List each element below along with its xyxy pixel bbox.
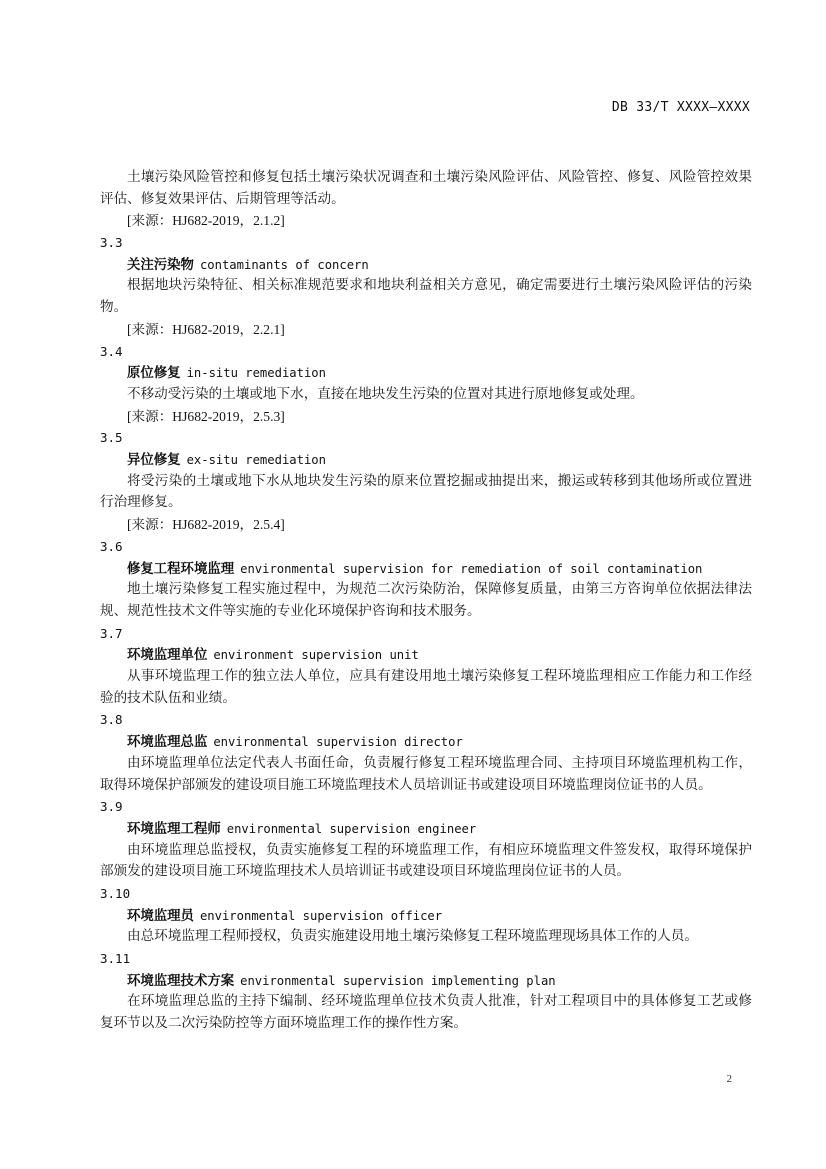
document-page: DB 33/T XXXX—XXXX 土壤污染风险管控和修复包括土壤污染状况调查和… — [0, 0, 826, 1169]
term-heading: 环境监理总监environmental supervision director — [100, 731, 752, 753]
term-heading: 修复工程环境监理environmental supervision for re… — [100, 558, 752, 580]
clause-number: 3.4 — [100, 341, 752, 363]
term-zh: 环境监理技术方案 — [127, 974, 234, 989]
term-en: ex-situ remediation — [187, 453, 326, 467]
term-en: contaminants of concern — [200, 258, 369, 272]
term-heading: 关注污染物contaminants of concern — [100, 254, 752, 276]
term-zh: 环境监理单位 — [127, 648, 207, 663]
term-en: environmental supervision officer — [200, 909, 442, 923]
clause-number: 3.9 — [100, 796, 752, 818]
term-entry: 3.9 环境监理工程师environmental supervision eng… — [100, 796, 752, 883]
clause-number: 3.8 — [100, 709, 752, 731]
definition: 由环境监理总监授权，负责实施修复工程的环境监理工作，有相应环境监理文件签发权，取… — [100, 840, 752, 883]
definition: 地土壤污染修复工程实施过程中，为规范二次污染防治，保障修复质量，由第三方咨询单位… — [100, 579, 752, 622]
document-body: 土壤污染风险管控和修复包括土壤污染状况调查和土壤污染风险评估、风险管控、修复、风… — [100, 167, 752, 1035]
standard-code: DB 33/T XXXX—XXXX — [612, 100, 750, 115]
term-entry: 3.3 关注污染物contaminants of concern 根据地块污染特… — [100, 232, 752, 340]
term-en: environment supervision unit — [213, 648, 418, 662]
clause-number: 3.11 — [100, 948, 752, 970]
term-heading: 异位修复ex-situ remediation — [100, 449, 752, 471]
term-zh: 异位修复 — [127, 453, 181, 468]
definition: 从事环境监理工作的独立法人单位，应具有建设用地土壤污染修复工程环境监理相应工作能… — [100, 666, 752, 709]
source-citation: [来源：HJ682-2019，2.5.4] — [100, 514, 752, 536]
term-entry: 3.8 环境监理总监environmental supervision dire… — [100, 709, 752, 796]
term-heading: 环境监理员environmental supervision officer — [100, 905, 752, 927]
definition: 根据地块污染特征、相关标准规范要求和地块利益相关方意见，确定需要进行土壤污染风险… — [100, 275, 752, 318]
term-en: in-situ remediation — [187, 366, 326, 380]
term-entry: 3.11 环境监理技术方案environmental supervision i… — [100, 948, 752, 1035]
clause-number: 3.6 — [100, 536, 752, 558]
term-heading: 环境监理单位environment supervision unit — [100, 644, 752, 666]
term-zh: 环境监理总监 — [127, 735, 207, 750]
term-zh: 修复工程环境监理 — [127, 562, 234, 577]
term-en: environmental supervision for remediatio… — [240, 562, 702, 576]
intro-source: [来源：HJ682-2019，2.1.2] — [100, 210, 752, 232]
clause-number: 3.3 — [100, 232, 752, 254]
source-citation: [来源：HJ682-2019，2.5.3] — [100, 406, 752, 428]
definition: 不移动受污染的土壤或地下水，直接在地块发生污染的位置对其进行原地修复或处理。 — [100, 384, 752, 406]
clause-number: 3.7 — [100, 623, 752, 645]
term-heading: 环境监理工程师environmental supervision enginee… — [100, 818, 752, 840]
page-number: 2 — [727, 1073, 733, 1085]
term-en: environmental supervision engineer — [227, 822, 476, 836]
clause-number: 3.5 — [100, 427, 752, 449]
term-entry: 3.10 环境监理员environmental supervision offi… — [100, 883, 752, 948]
term-entry: 3.6 修复工程环境监理environmental supervision fo… — [100, 536, 752, 623]
term-en: environmental supervision implementing p… — [240, 974, 556, 988]
term-entry: 3.7 环境监理单位environment supervision unit 从… — [100, 623, 752, 710]
definition: 由环境监理单位法定代表人书面任命，负责履行修复工程环境监理合同、主持项目环境监理… — [100, 753, 752, 796]
term-entry: 3.4 原位修复in-situ remediation 不移动受污染的土壤或地下… — [100, 341, 752, 428]
term-en: environmental supervision director — [213, 735, 462, 749]
clause-number: 3.10 — [100, 883, 752, 905]
term-heading: 环境监理技术方案environmental supervision implem… — [100, 970, 752, 992]
definition: 在环境监理总监的主持下编制、经环境监理单位技术负责人批准，针对工程项目中的具体修… — [100, 991, 752, 1034]
source-citation: [来源：HJ682-2019，2.2.1] — [100, 319, 752, 341]
term-zh: 环境监理员 — [127, 909, 194, 924]
definition: 由总环境监理工程师授权，负责实施建设用地土壤污染修复工程环境监理现场具体工作的人… — [100, 926, 752, 948]
definition: 将受污染的土壤或地下水从地块发生污染的原来位置挖掘或抽提出来，搬运或转移到其他场… — [100, 471, 752, 514]
term-heading: 原位修复in-situ remediation — [100, 362, 752, 384]
intro-paragraph: 土壤污染风险管控和修复包括土壤污染状况调查和土壤污染风险评估、风险管控、修复、风… — [100, 167, 752, 210]
term-zh: 原位修复 — [127, 366, 181, 381]
term-zh: 关注污染物 — [127, 258, 194, 273]
term-zh: 环境监理工程师 — [127, 822, 221, 837]
term-entry: 3.5 异位修复ex-situ remediation 将受污染的土壤或地下水从… — [100, 427, 752, 535]
